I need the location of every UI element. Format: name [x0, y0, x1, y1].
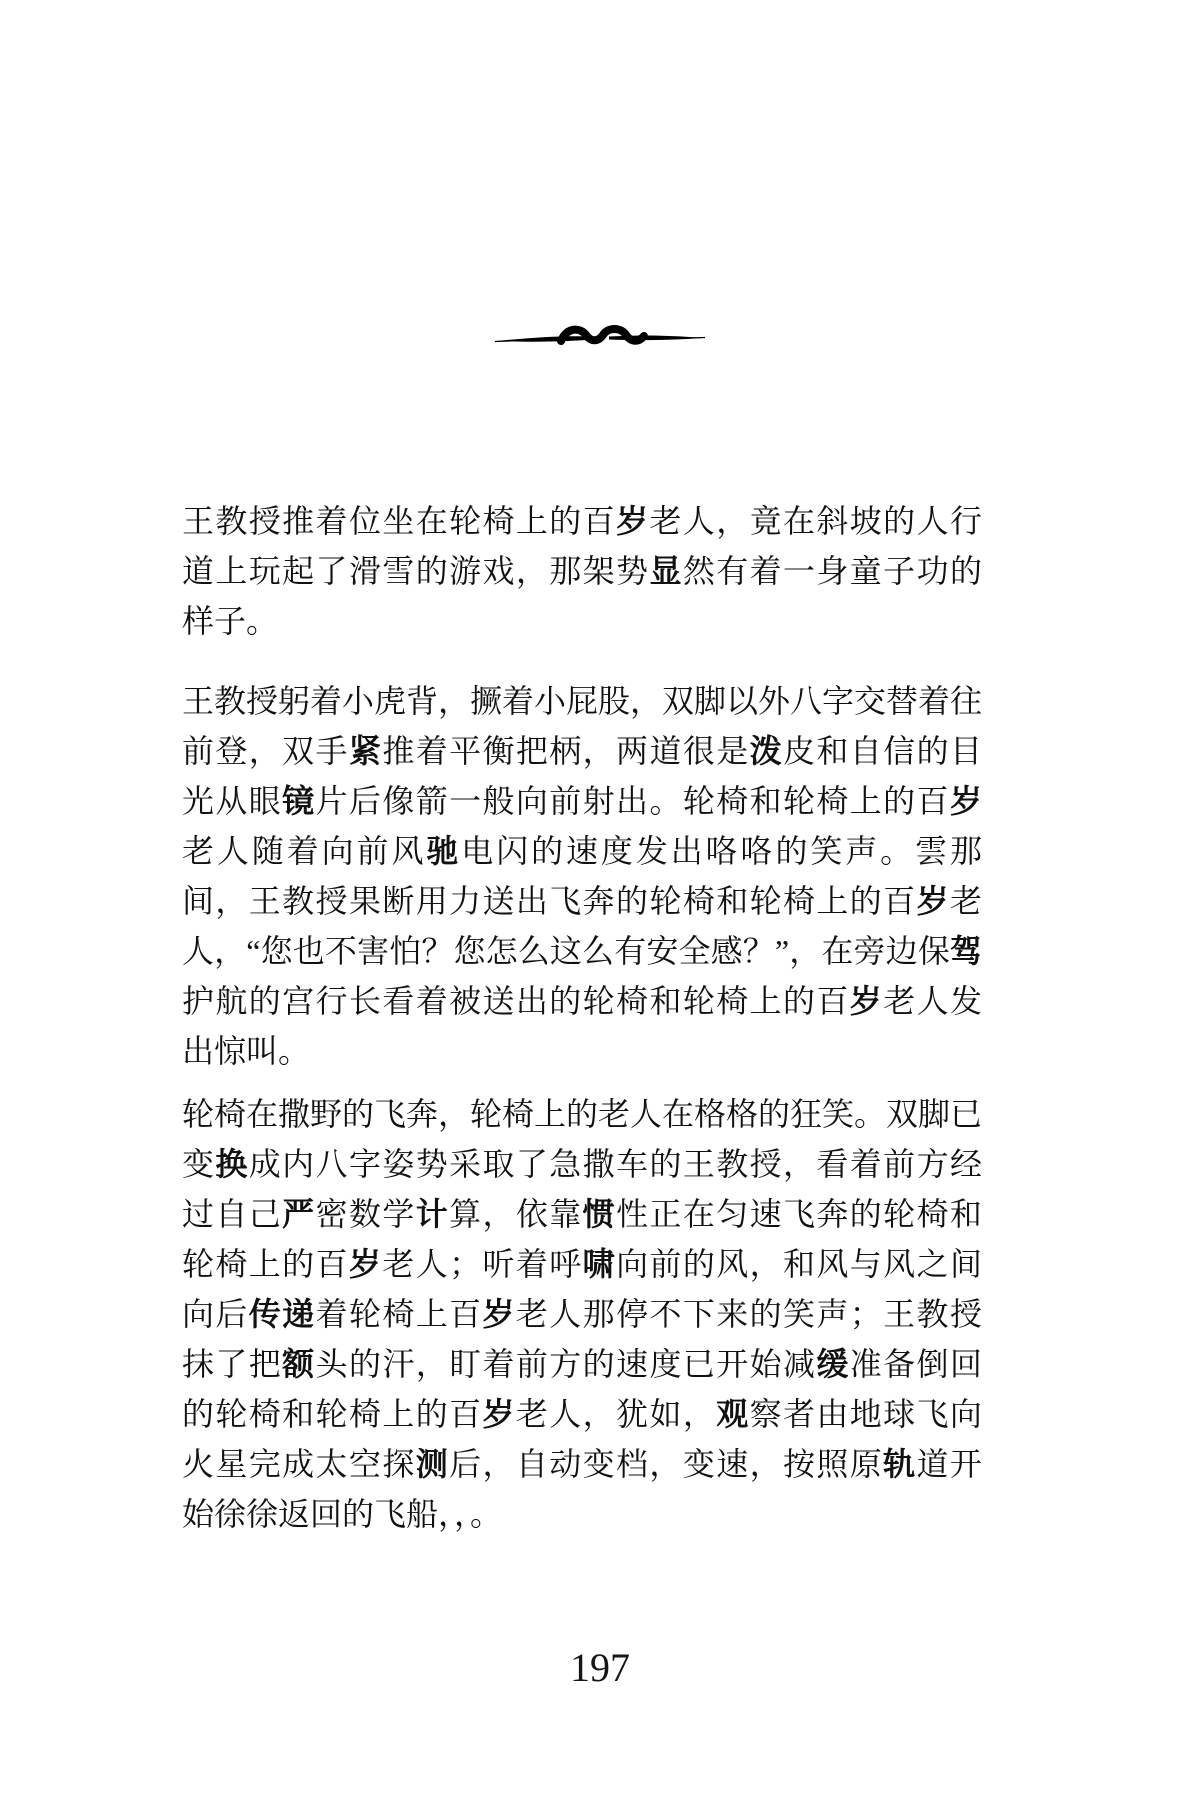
text-run: 片后像箭一般向前射出。轮椅和轮椅上的百 [316, 783, 950, 819]
text-run: 轨 [883, 1446, 916, 1482]
text-run: 测 [416, 1446, 449, 1482]
text-run: 护航的宫行长看着被送出的轮椅和轮椅上的百 [182, 983, 850, 1019]
text-run: 缓 [816, 1346, 849, 1382]
text-run: 惯 [583, 1196, 616, 1232]
text-run: 紧 [349, 733, 382, 769]
text-run: 岁 [483, 1396, 516, 1432]
text-run: 头的汗，盯着前方的速度已开始减 [316, 1346, 817, 1382]
text-run: 着轮椅上百 [316, 1296, 483, 1332]
text-run: 王教授推着位坐在轮椅上的百 [182, 503, 616, 539]
text-run: 镜 [282, 783, 315, 819]
divider-ornament [0, 322, 1200, 348]
text-run: 老人，犹如， [516, 1396, 716, 1432]
text-run: 严 [282, 1196, 315, 1232]
text-run: 老人随着向前风 [182, 833, 426, 869]
paragraph-3: 轮椅在撒野的飞奔，轮椅上的老人在格格的狂笑。双脚已变换成内八字姿势采取了急撒车的… [182, 1089, 982, 1539]
text-run: 计 [416, 1196, 449, 1232]
text-run: 传递 [249, 1296, 316, 1332]
text-run: 岁 [917, 883, 950, 919]
paragraph-2: 王教授躬着小虎背，撅着小屁股，双脚以外八字交替着往前登，双手紧推着平衡把柄，两道… [182, 676, 982, 1076]
text-run: 驰 [426, 833, 461, 869]
text-run: 岁 [349, 1246, 382, 1282]
book-page: 王教授推着位坐在轮椅上的百岁老人，竟在斜坡的人行道上玩起了滑雪的游戏，那架势显然… [0, 0, 1200, 1800]
text-run: 换 [215, 1146, 248, 1182]
text-run: 显 [649, 553, 682, 589]
text-run: 老人；听着呼 [382, 1246, 582, 1282]
text-run: 推着平衡把柄，两道很是 [382, 733, 749, 769]
rope-twist-divider-icon [495, 322, 705, 348]
text-run: 观 [716, 1396, 749, 1432]
text-run: 岁 [950, 783, 982, 819]
text-run: 岁 [850, 983, 883, 1019]
paragraph-1: 王教授推着位坐在轮椅上的百岁老人，竟在斜坡的人行道上玩起了滑雪的游戏，那架势显然… [182, 496, 982, 646]
text-run: 算，依靠 [449, 1196, 583, 1232]
text-run: 岁 [483, 1296, 516, 1332]
text-run: 泼 [750, 733, 783, 769]
text-run: 密数学 [316, 1196, 416, 1232]
text-block: 王教授推着位坐在轮椅上的百岁老人，竟在斜坡的人行道上玩起了滑雪的游戏，那架势显然… [182, 496, 982, 1539]
text-run: 岁 [616, 503, 649, 539]
text-run: 额 [282, 1346, 315, 1382]
page-number: 197 [0, 1646, 1200, 1690]
text-run: 后，自动变档，变速，按照原 [449, 1446, 883, 1482]
text-run: 啸 [583, 1246, 616, 1282]
text-run: 驾 [950, 933, 982, 969]
